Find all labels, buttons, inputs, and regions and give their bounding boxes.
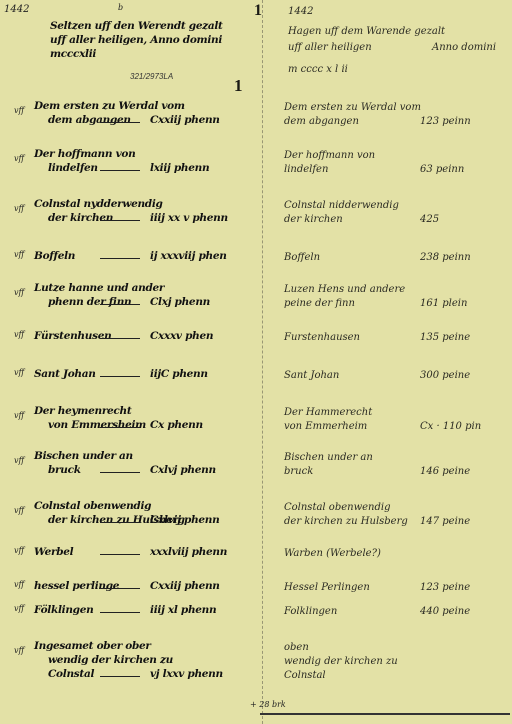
entry-dash: [100, 676, 140, 677]
entry-dash: [100, 472, 140, 473]
entry-right-line: Colnstal nidderwendig: [284, 200, 399, 211]
entry-left-line: Lutze hanne und ander: [34, 282, 164, 294]
entry-right-line: peine der finn: [284, 298, 355, 309]
entry-left-amount: Clxj phenn: [150, 296, 210, 308]
entry-right-amount: 238 peinn: [420, 252, 471, 263]
entry-right-amount: 146 peine: [420, 466, 470, 477]
entry-left-line: der kirchen: [48, 212, 113, 224]
entry-left-line: Colnstal: [48, 668, 94, 680]
entry-right-line: lindelfen: [284, 164, 328, 175]
page-mark: 1: [254, 2, 262, 20]
entry-right-line: bruck: [284, 466, 313, 477]
entry-left-amount: vj lxxv phenn: [150, 668, 223, 680]
entry-right-line: Colnstal: [284, 670, 326, 681]
entry-left-line: Ingesamet ober ober: [34, 640, 151, 652]
year-right: 1442: [288, 6, 313, 17]
entry-marker: vff: [14, 204, 24, 213]
entry-right-line: Bischen under an: [284, 452, 373, 463]
entry-left-line: Werbel: [34, 546, 73, 558]
entry-dash: [100, 304, 140, 305]
folio-number: 1: [234, 76, 243, 96]
entry-right-amount: 123 peine: [420, 582, 470, 593]
year-left: 1442: [4, 4, 29, 15]
entry-right-line: Folklingen: [284, 606, 337, 617]
entry-right-amount: 161 plein: [420, 298, 467, 309]
entry-left-line: Der heymenrecht: [34, 405, 131, 417]
entry-marker: vff: [14, 456, 24, 465]
entry-left-line: Bischen under an: [34, 450, 133, 462]
entry-right-line: Dem ersten zu Werdal vom: [284, 102, 421, 113]
entry-right-amount: 63 peinn: [420, 164, 464, 175]
entry-marker: vff: [14, 368, 24, 377]
entry-dash: [100, 522, 140, 523]
manuscript-page: 1442 b 1 Seltzen uff den Werendt gezalt …: [0, 0, 512, 724]
title-right-line-3: m cccc x l ii: [288, 64, 348, 75]
entry-marker: vff: [14, 604, 24, 613]
entry-right-line: Luzen Hens und andere: [284, 284, 405, 295]
entry-right-amount: 300 peine: [420, 370, 470, 381]
entry-right-line: Colnstal obenwendig: [284, 502, 391, 513]
entry-right-line: von Emmerheim: [284, 421, 367, 432]
entry-dash: [100, 122, 140, 123]
title-right-anno: Anno domini: [432, 42, 496, 53]
entry-left-line: von Emmersheim: [48, 419, 146, 431]
entry-right-amount: 440 peine: [420, 606, 470, 617]
entry-left-line: lindelfen: [48, 162, 98, 174]
entry-dash: [100, 427, 140, 428]
entry-dash: [100, 258, 140, 259]
entry-left-line: Sant Johan: [34, 368, 96, 380]
entry-marker: vff: [14, 646, 24, 655]
catalog-stamp: 321/2973LA: [130, 72, 173, 81]
entry-dash: [100, 376, 140, 377]
entry-dash: [100, 588, 140, 589]
entry-left-line: Dem ersten zu Werdal vom: [34, 100, 185, 112]
entry-marker: vff: [14, 288, 24, 297]
entry-left-amount: Cxxxv phen: [150, 330, 213, 342]
entry-right-line: Warben (Werbele?): [284, 548, 381, 559]
entry-left-amount: iiij xx v phenn: [150, 212, 228, 224]
entry-left-amount: iiij xl phenn: [150, 604, 216, 616]
entry-left-amount: ij xxxviij phen: [150, 250, 227, 262]
entry-left-line: Boffeln: [34, 250, 75, 262]
title-left-line-3: mcccxlii: [50, 48, 96, 60]
entry-right-line: oben: [284, 642, 309, 653]
entry-right-amount: 123 peinn: [420, 116, 471, 127]
entry-left-line: Der hoffmann von: [34, 148, 135, 160]
entry-right-amount: 147 peine: [420, 516, 470, 527]
entry-left-amount: Cxlvj phenn: [150, 464, 216, 476]
title-left-line-1: Seltzen uff den Werendt gezalt: [50, 20, 223, 32]
entry-right-line: der kirchen: [284, 214, 343, 225]
title-left-line-2: uff aller heiligen, Anno domini: [50, 34, 222, 46]
entry-right-line: Boffeln: [284, 252, 320, 263]
entry-left-line: bruck: [48, 464, 81, 476]
entry-dash: [100, 170, 140, 171]
entry-left-amount: Cx phenn: [150, 419, 203, 431]
entry-left-amount: Cxlvij phenn: [150, 514, 219, 526]
entry-left-line: phenn der finn: [48, 296, 131, 308]
entry-marker: vff: [14, 330, 24, 339]
entry-dash: [100, 338, 140, 339]
entry-marker: vff: [14, 411, 24, 420]
entry-right-line: Der hoffmann von: [284, 150, 375, 161]
entry-left-amount: lxiij phenn: [150, 162, 209, 174]
entry-left-line: Colnstal obenwendig: [34, 500, 151, 512]
entry-dash: [100, 554, 140, 555]
entry-right-amount: 135 peine: [420, 332, 470, 343]
entry-left-line: Fölklingen: [34, 604, 93, 616]
marker-left: b: [118, 3, 123, 12]
entry-marker: vff: [14, 250, 24, 259]
entry-right-line: Sant Johan: [284, 370, 339, 381]
entry-left-line: hessel perlinge: [34, 580, 119, 592]
entry-marker: vff: [14, 506, 24, 515]
entry-left-line: Colnstal nydderwendig: [34, 198, 163, 210]
entry-left-amount: Cxxiij phenn: [150, 580, 220, 592]
entry-left-amount: Cxxiij phenn: [150, 114, 220, 126]
entry-right-line: wendig der kirchen zu: [284, 656, 398, 667]
entry-left-line: wendig der kirchen zu: [48, 654, 173, 666]
entry-right-line: Hessel Perlingen: [284, 582, 370, 593]
entry-marker: vff: [14, 546, 24, 555]
entry-right-line: der kirchen zu Hulsberg: [284, 516, 408, 527]
entry-right-line: Der Hammerecht: [284, 407, 372, 418]
entry-left-amount: xxxlviij phenn: [150, 546, 227, 558]
entry-dash: [100, 612, 140, 613]
title-right-line-1: Hagen uff dem Warende gezalt: [288, 26, 445, 37]
entry-dash: [100, 220, 140, 221]
entry-right-amount: 425: [420, 214, 439, 225]
entry-left-line: Fürstenhusen: [34, 330, 111, 342]
entry-left-amount: iijC phenn: [150, 368, 208, 380]
column-divider: [262, 0, 264, 724]
entry-left-line: dem abgangen: [48, 114, 131, 126]
entry-right-line: Furstenhausen: [284, 332, 360, 343]
entry-marker: vff: [14, 106, 24, 115]
entry-right-line: dem abgangen: [284, 116, 359, 127]
entry-marker: vff: [14, 154, 24, 163]
entry-marker: vff: [14, 580, 24, 589]
entry-right-amount: Cx · 110 pin: [420, 421, 481, 432]
bottom-rule: [260, 713, 510, 715]
title-right-line-2: uff aller heiligen: [288, 42, 372, 53]
footer-total-mark: + 28 brk: [250, 700, 286, 709]
